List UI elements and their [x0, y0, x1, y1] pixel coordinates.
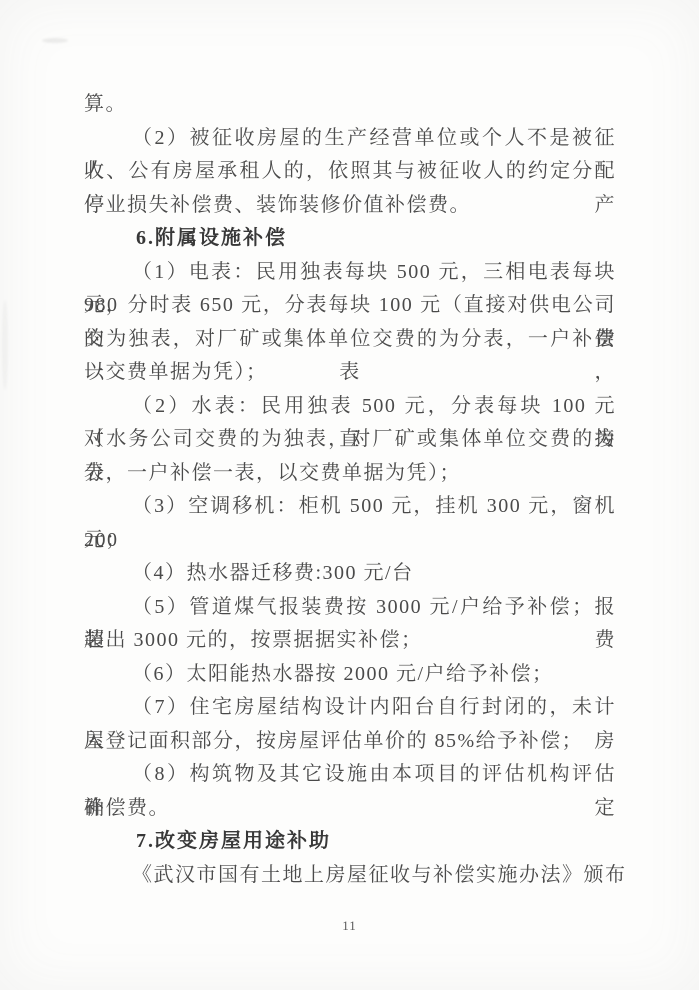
text-line: 元；: [84, 524, 616, 558]
text-line: 对水务公司交费的为独表，对厂矿或集体单位交费的为分: [84, 423, 616, 457]
text-line: （3）空调移机：柜机 500 元，挂机 300 元，窗机 200: [84, 490, 616, 524]
text-line: 《武汉市国有土地上房屋征收与补偿实施办法》颁布: [84, 859, 616, 893]
text-line: （2）水表：民用独表 500 元，分表每块 100 元（直接: [84, 390, 616, 424]
text-line: （1）电表：民用独表每块 500 元，三相电表每块 980: [84, 256, 616, 290]
text-line: 人、公有房屋承租人的，依照其与被征收人的约定分配停产: [84, 155, 616, 189]
scan-artifact: [42, 38, 68, 43]
text-line: 表，一户补偿一表，以交费单据为凭）；: [84, 457, 616, 491]
text-line: 元，分时表 650 元，分表每块 100 元（直接对供电公司交费: [84, 289, 616, 323]
text-line: 算。: [84, 88, 616, 122]
page-number: 11: [0, 918, 699, 934]
section-heading-7: 7.改变房屋用途补助: [84, 825, 616, 859]
section-heading-6: 6.附属设施补偿: [84, 222, 616, 256]
text-line: （4）热水器迁移费:300 元/台: [84, 557, 616, 591]
text-line: （7）住宅房屋结构设计内阳台自行封闭的，未计入房: [84, 691, 616, 725]
text-line: 的为独表，对厂矿或集体单位交费的为分表，一户补偿一表，: [84, 323, 616, 357]
scan-artifact: [2, 300, 8, 390]
text-line: （6）太阳能热水器按 2000 元/户给予补偿；: [84, 658, 616, 692]
document-body: 算。 （2）被征收房屋的生产经营单位或个人不是被征收 人、公有房屋承租人的，依照…: [84, 88, 616, 892]
text-line: （8）构筑物及其它设施由本项目的评估机构评估确定: [84, 758, 616, 792]
text-line: 屋登记面积部分，按房屋评估单价的 85%给予补偿；: [84, 725, 616, 759]
text-line: （5）管道煤气报装费按 3000 元/户给予补偿；报装费: [84, 591, 616, 625]
text-line: （2）被征收房屋的生产经营单位或个人不是被征收: [84, 122, 616, 156]
document-page: 算。 （2）被征收房屋的生产经营单位或个人不是被征收 人、公有房屋承租人的，依照…: [0, 0, 699, 990]
